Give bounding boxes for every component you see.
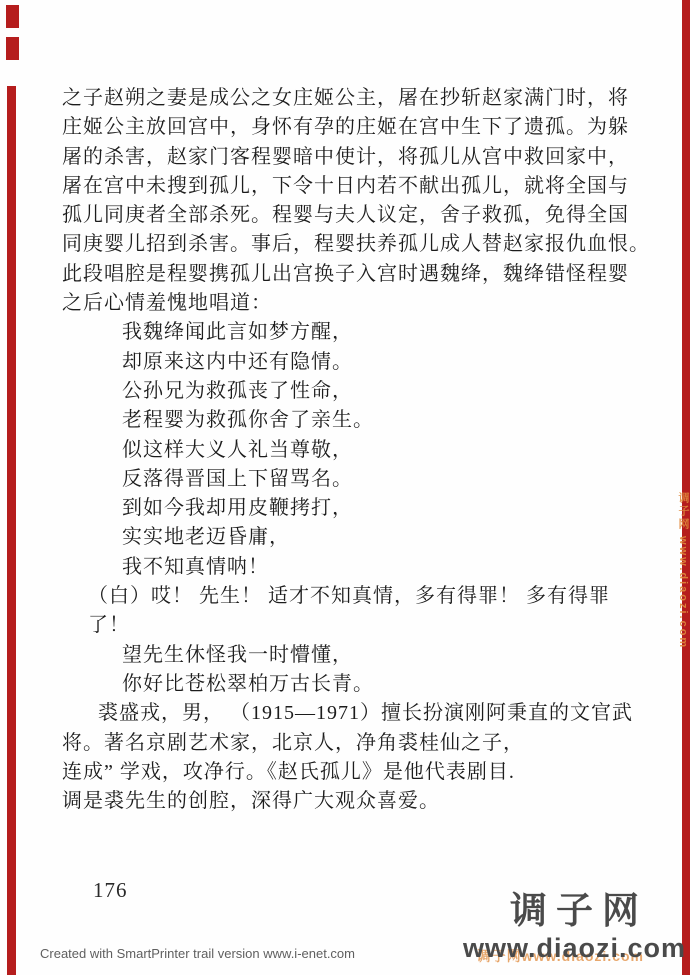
text-line: 孤儿同庚者全部杀死。程婴与夫人议定，舍子救孤，免得全国 [62, 201, 652, 230]
text-line: 调是裘先生的创腔，深得广大观众喜爱。 [62, 787, 652, 816]
page-number: 176 [93, 878, 128, 903]
text-line: 你好比苍松翠柏万古长青。 [62, 670, 652, 699]
text-line: 反落得晋国上下留骂名。 [62, 465, 652, 494]
text-line: 老程婴为救孤你舍了亲生。 [62, 406, 652, 435]
watermark-url-text: www.diaozi.com [463, 933, 686, 963]
text-line: 同庚婴儿招到杀害。事后，程婴扶养孤儿成人替赵家报仇血恨。 [62, 230, 652, 259]
text-line: 却原来这内中还有隐情。 [62, 348, 652, 377]
text-line: 此段唱腔是程婴携孤儿出宫换子入宫时遇魏绛，魏绛错怪程婴 [62, 260, 652, 289]
text-line: 了！ [62, 611, 652, 640]
text-line: 望先生休怪我一时懵懂， [62, 641, 652, 670]
scan-mark-square-bottom [6, 37, 19, 60]
scan-mark-left-bar [7, 86, 16, 975]
text-line: 之子赵朔之妻是成公之女庄姬公主，屠在抄斩赵家满门时，将 [62, 84, 652, 113]
text-line: 公孙兄为救孤丧了性命， [62, 377, 652, 406]
text-line: 连成” 学戏，攻净行。《赵氏孤儿》是他代表剧目. [62, 758, 652, 787]
text-line: 我魏绛闻此言如梦方醒， [62, 318, 652, 347]
right-edge-watermark-text: 调子网 www.diaozi.com [675, 492, 690, 649]
text-line: 屠的杀害，赵家门客程婴暗中使计，将孤儿从宫中救回家中， [62, 143, 652, 172]
text-line: 实实地老迈昏庸， [62, 523, 652, 552]
text-line: 裘盛戎，男， （1915—1971）擅长扮演刚阿秉直的文官武 [62, 699, 652, 728]
scan-mark-square-top [6, 5, 19, 28]
page-text-block: 之子赵朔之妻是成公之女庄姬公主，屠在抄斩赵家满门时，将庄姬公主放回宫中，身怀有孕… [62, 84, 652, 816]
text-line: 我不知真情呐！ [62, 553, 652, 582]
watermark-site-url: 调子网www.diaozi.com www.diaozi.com [463, 935, 686, 962]
text-line: （白）哎！ 先生！ 适才不知真情，多有得罪！ 多有得罪 [62, 582, 652, 611]
site-watermark: 调子网 调子网www.diaozi.com www.diaozi.com [463, 892, 686, 962]
text-line: 到如今我却用皮鞭拷打， [62, 494, 652, 523]
text-line: 之后心情羞愧地唱道： [62, 289, 652, 318]
text-line: 屠在宫中未搜到孤儿，下令十日内若不献出孤儿，就将全国与 [62, 172, 652, 201]
text-line: 庄姬公主放回宫中，身怀有孕的庄姬在宫中生下了遗孤。为躲 [62, 113, 652, 142]
printer-footer-note: Created with SmartPrinter trail version … [40, 946, 355, 961]
scanned-book-page: 调子网 www.diaozi.com 之子赵朔之妻是成公之女庄姬公主，屠在抄斩赵… [0, 0, 690, 975]
text-line: 似这样大义人礼当尊敬， [62, 436, 652, 465]
scan-mark-right-bar [682, 0, 690, 975]
watermark-site-name: 调子网 [463, 892, 648, 929]
text-line: 将。著名京剧艺术家，北京人，净角裘桂仙之子， [62, 729, 652, 758]
